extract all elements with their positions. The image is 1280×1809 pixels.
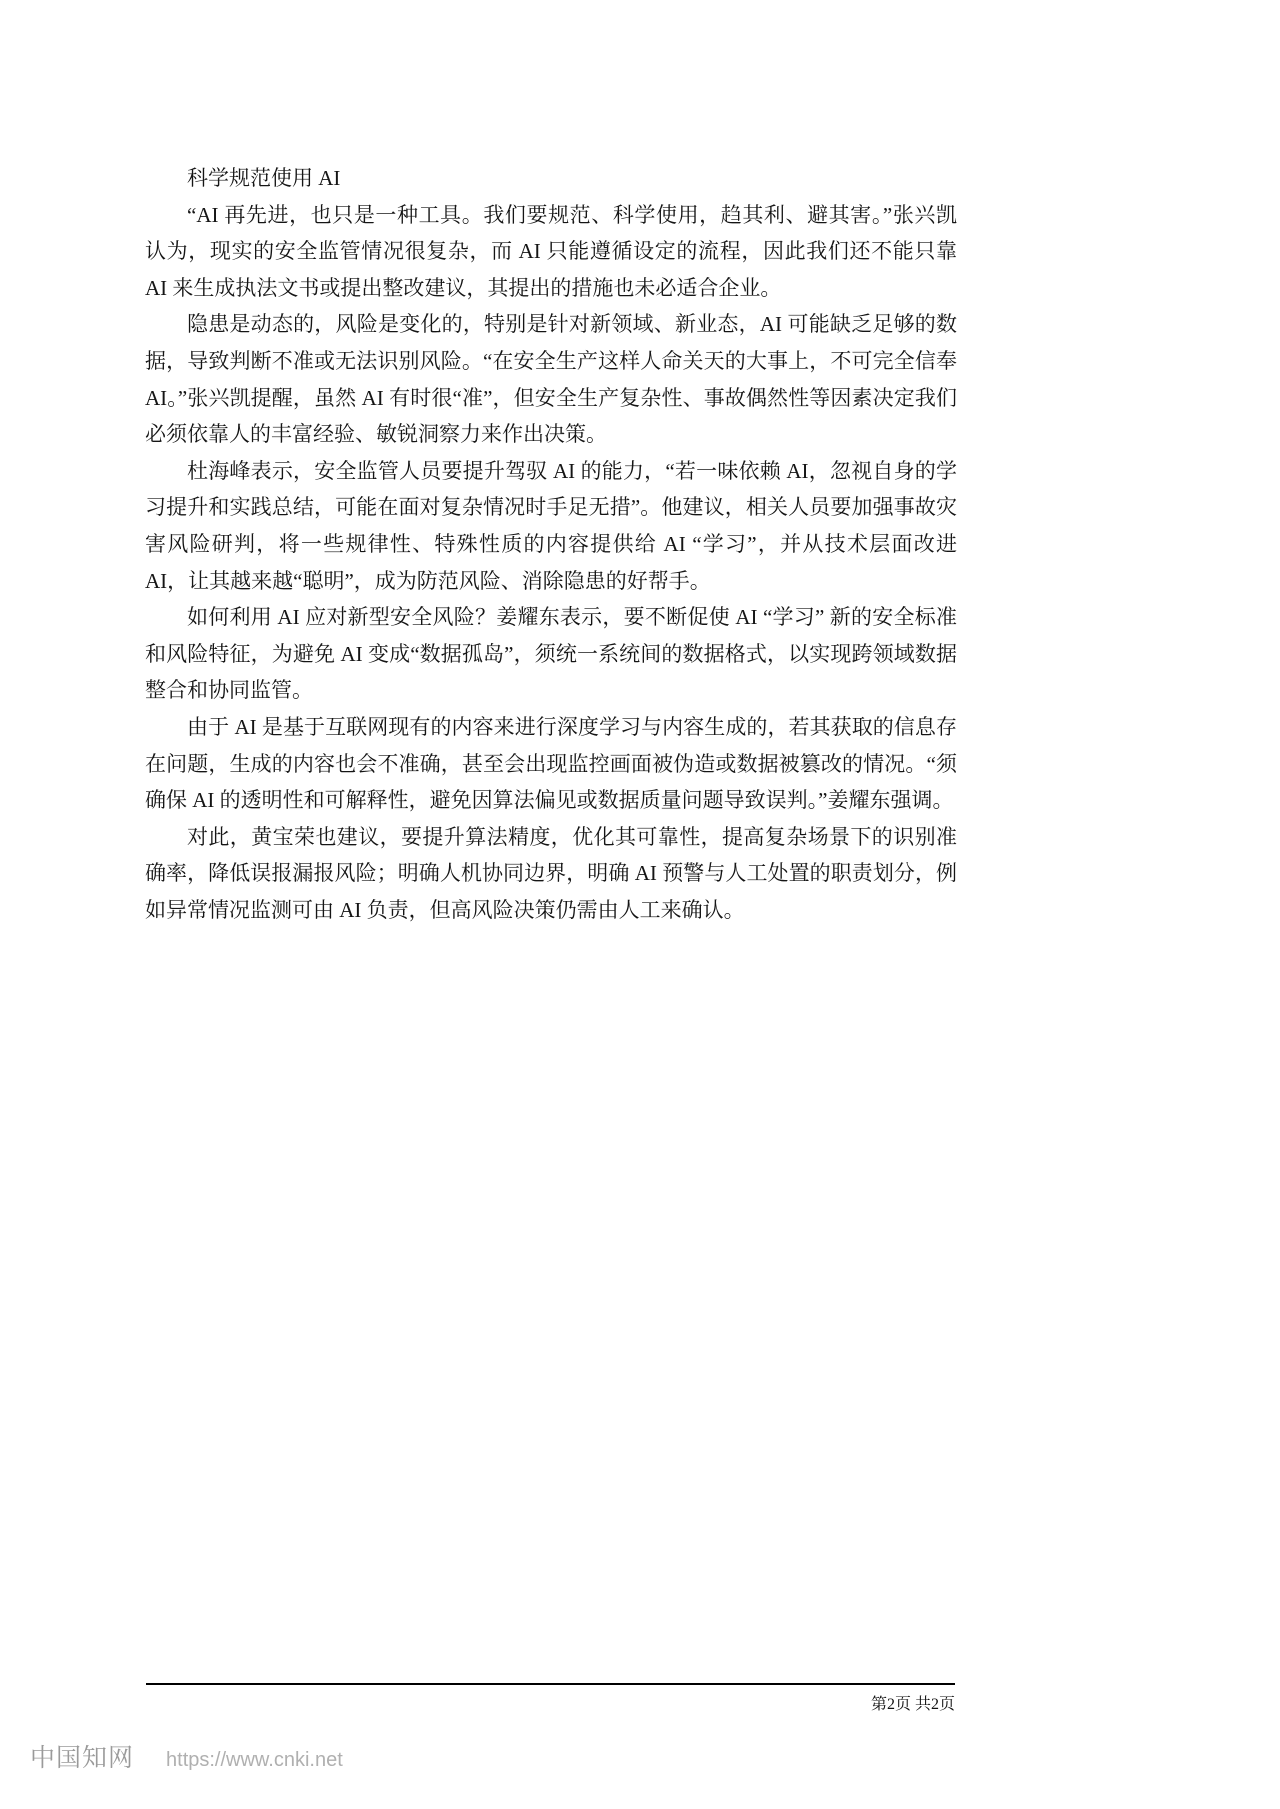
section-title: 科学规范使用 AI <box>145 160 957 197</box>
body-paragraph: 杜海峰表示，安全监管人员要提升驾驭 AI 的能力，“若一味依赖 AI，忽视自身的… <box>145 453 957 599</box>
cnki-branding: 中国知网 https://www.cnki.net <box>30 1738 343 1774</box>
cnki-logo-text: 中国知网 <box>30 1738 134 1774</box>
body-paragraph: 如何利用 AI 应对新型安全风险？姜耀东表示，要不断促使 AI “学习” 新的安… <box>145 599 957 709</box>
body-paragraph: 由于 AI 是基于互联网现有的内容来进行深度学习与内容生成的，若其获取的信息存在… <box>145 709 957 819</box>
body-paragraph: “AI 再先进，也只是一种工具。我们要规范、科学使用，趋其利、避其害。”张兴凯认… <box>145 197 957 307</box>
body-paragraph: 对此，黄宝荣也建议，要提升算法精度，优化其可靠性，提高复杂场景下的识别准确率，降… <box>145 819 957 929</box>
cnki-url: https://www.cnki.net <box>166 1749 343 1772</box>
document-body: 科学规范使用 AI “AI 再先进，也只是一种工具。我们要规范、科学使用，趋其利… <box>145 160 957 928</box>
footer-divider <box>146 1683 955 1685</box>
page-number-indicator: 第2页 共2页 <box>146 1691 955 1714</box>
document-page: 科学规范使用 AI “AI 再先进，也只是一种工具。我们要规范、科学使用，趋其利… <box>0 0 1280 1809</box>
body-paragraph: 隐患是动态的，风险是变化的，特别是针对新领域、新业态，AI 可能缺乏足够的数据，… <box>145 306 957 452</box>
